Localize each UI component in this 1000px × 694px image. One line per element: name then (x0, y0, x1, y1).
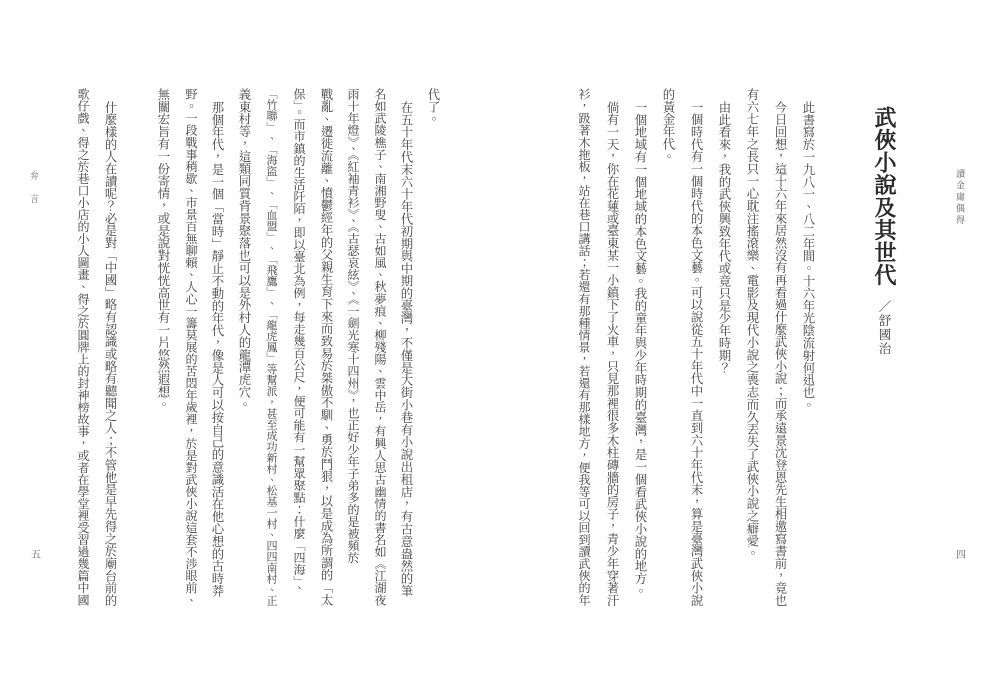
blank-column (123, 88, 150, 612)
text-column: 「竹聯」、「海盜」、「血盟」、「飛鷹」、「龍虎鳳」等幫派，甚至成功新村、松基一村… (258, 88, 285, 612)
text-column: 一個時代有一個時代的本色文藝。可以說從五十年代中一直到六十年代末，算是臺灣武俠小… (682, 88, 710, 612)
text-column: 雨十年燈》、《紅袖青衫》、《古瑟哀絃》、《一劍光寒十四州》，也正好少年子弟多的是… (339, 88, 366, 612)
text-column: 代了。 (420, 88, 447, 612)
book-spread: 讀金庸偶得 武俠小說及其世代／舒國治 此書寫於一九八一、八二年間。十六年光陰流射… (0, 0, 1000, 694)
author-name: ／舒國治 (877, 300, 892, 356)
page-number-right: 四 (956, 546, 966, 561)
left-page-text-block: 代了。在五十年代末六十年代初期與中期的臺灣，不僅是大街小巷有小說出租店，有古意盎… (69, 88, 447, 612)
text-column: 有六七年之長只一心耽注搖滾樂、電影及現代小說之喪志而久丟失了武俠小說之癖愛。 (738, 88, 766, 612)
text-column: 無關宏旨有一份寄情，或是說對恍恍高世有一片悠然遐想。 (150, 88, 177, 612)
text-column: 野。一段戰事稍歇、市景百無聊賴、人心一籌莫展的苦悶年歲裡，於是對武俠小說這套不涉… (177, 88, 204, 612)
text-column: 保」。而市鎮的生活阡陌，即以臺北為例，每走幾百公尺，便可能有一幫眾聚點：什麼「四… (285, 88, 312, 612)
text-column: 今日回想，這十六年來居然沒有再看過什麼武俠小說；而承遠景沈登恩先生相邀寫書前，竟… (766, 88, 794, 612)
right-page-text-block: 此書寫於一九八一、八二年間。十六年光陰流射何迅也。今日回想，這十六年來居然沒有再… (570, 88, 822, 612)
text-column: 戰亂、遷徙流離、憤鬱經年的父親生育下來而致易於桀傲不馴、勇於鬥狠，以是成為所謂的… (312, 88, 339, 612)
text-column: 衫，趿著木拖板，站在巷口講話；若還有那種情景，若還有那樣地方，便我等可以回到讀武… (570, 88, 598, 612)
running-head-chapter: 弁言 (27, 171, 40, 241)
running-head-book-title: 讀金庸偶得 (953, 169, 966, 259)
text-column: 倘有一天，你在花蓮或臺東某一小鎮下了火車，只見那裡很多木柱磚牆的房子，青少年穿著… (598, 88, 626, 612)
text-column: 名如武陵樵子、南湘野叟、古如風、秋夢痕、柳殘陽、雲中岳，有興人思古幽情的書名如《… (366, 88, 393, 612)
page-number-left: 五 (31, 546, 41, 561)
text-column: 那個年代，是一個「當時」靜止不動的年代，像是人可以按自己的意識活在他心想的古時莽 (204, 88, 231, 612)
text-column: 什麼樣的人在讀呢？必是對「中國」略有認識或略有聽聞之人；不管他是早先得之於廟台前… (96, 88, 123, 612)
text-column: 在五十年代末六十年代初期與中期的臺灣，不僅是大街小巷有小說出租店，有古意盎然的筆 (393, 88, 420, 612)
chapter-title-column: 武俠小說及其世代／舒國治 (871, 106, 897, 666)
text-column: 此書寫於一九八一、八二年間。十六年光陰流射何迅也。 (794, 88, 822, 612)
page-title: 武俠小說及其世代 (871, 106, 897, 286)
text-column: 義東村等，這類同質背景聚落也可以是外村人的龍潭虎穴。 (231, 88, 258, 612)
text-column: 的黃金年代。 (654, 88, 682, 612)
text-column: 一個地域有一個地域的本色文藝。我的童年與少年時期的臺灣，是一個看武俠小說的地方。 (626, 88, 654, 612)
text-column: 歌仔戲、得之於巷口小店的小人圖畫、得之於圓牌上的封神榜故事，或者在學堂裡受習過幾… (69, 88, 96, 612)
text-column: 由此看來，我的武俠興致年代或竟只是少年時期？ (710, 88, 738, 612)
